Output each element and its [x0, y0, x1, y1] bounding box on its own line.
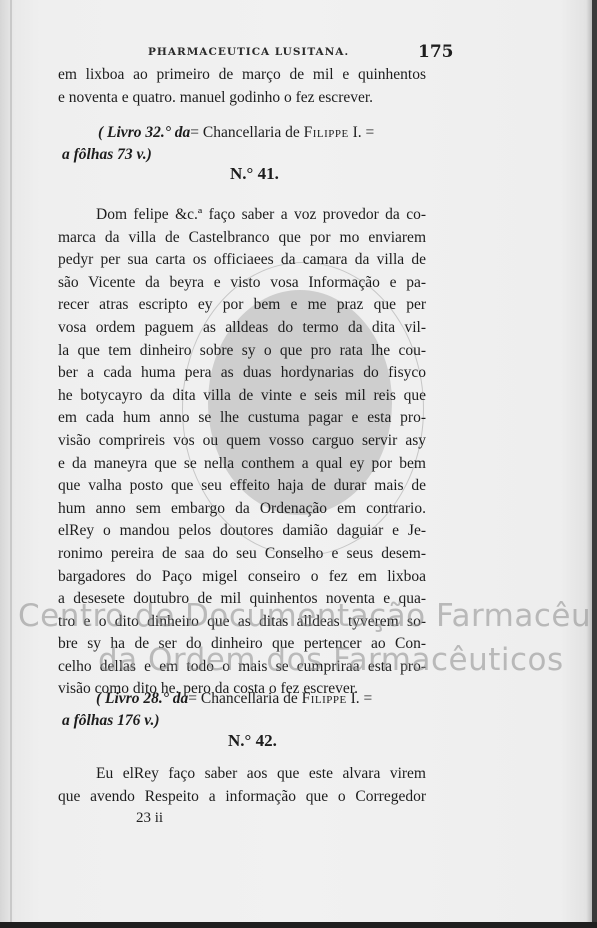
text-line: visão comprireis vos ou quem vosso cargu… [58, 430, 426, 453]
document-number-42: N.° 42. [228, 731, 277, 751]
running-title: PHARMACEUTICA LUSITANA. [148, 46, 438, 58]
text-line: ronimo pereira de saa do seu Conselho e … [58, 543, 426, 566]
text-line: são Vicente da beyra e visto vosa Inform… [58, 272, 426, 295]
text-line: e da maneyra que se nella conthem a qual… [58, 453, 426, 476]
text-line: bargadores do Paço migel conseiro o fez … [58, 566, 426, 589]
scan-edge-bottom [0, 922, 597, 928]
citation-1-line-2: a fôlhas 73 v.) [62, 146, 152, 164]
text-line: he botycayro da dita villa de vinte e se… [58, 385, 426, 408]
text-line: ber a cada huma pera as duas hordynarias… [58, 362, 426, 385]
binding-gutter [10, 0, 12, 922]
document-number-41: N.° 41. [230, 164, 279, 184]
text-line: em lixboa ao primeiro de março de mil e … [58, 64, 426, 87]
citation-book: ( Livro 32.° da [98, 124, 190, 141]
text-block-3: Eu elRey faço saber aos que este alvara … [58, 763, 426, 808]
text-line: pedyr per sua carta os officiaees da cam… [58, 249, 426, 272]
text-line: Eu elRey faço saber aos que este alvara … [58, 763, 426, 786]
watermark-line-2: da Ordem dos Farmacêuticos [98, 642, 564, 678]
text-block-1: em lixboa ao primeiro de março de mil e … [58, 64, 426, 109]
text-line: recer atras escripto ey por bem e me pra… [58, 294, 426, 317]
text-line: hum anno sem embargo da Ordenação em con… [58, 498, 426, 521]
scanned-page: PHARMACEUTICA LUSITANA. 175 em lixboa ao… [0, 0, 592, 922]
citation-book: ( Livro 28.° da [96, 690, 188, 707]
text-line: em cada hum anno se lhe custuma pagar e … [58, 407, 426, 430]
text-line: que avendo Respeito a informação que o C… [58, 786, 426, 809]
page-number: 175 [418, 42, 454, 62]
text-line: que valha posto que seu effeito haja de … [58, 475, 426, 498]
citation-2-line-1: ( Livro 28.° da= Chancellaria de Filippe… [96, 690, 372, 708]
text-line: Dom felipe &c.ª faço saber a voz provedo… [58, 204, 426, 227]
citation-2-line-2: a fôlhas 176 v.) [62, 712, 160, 730]
citation-1-line-1: ( Livro 32.° da= Chancellaria de Filippe… [98, 124, 374, 142]
text-line: vosa ordem paguem as alldeas do termo da… [58, 317, 426, 340]
text-line: la que tem dinheiro sobre sy o que pro r… [58, 340, 426, 363]
scan-edge-right [592, 0, 597, 928]
watermark-line-1: Centro de Documentação Farmacêutica [18, 598, 597, 634]
text-line: e noventa e quatro. manuel godinho o fez… [58, 87, 426, 110]
text-line: marca da villa de Castelbranco que por m… [58, 227, 426, 250]
text-line: elRey o mandou pelos doutores damião dag… [58, 520, 426, 543]
signature-mark: 23 ii [136, 810, 163, 827]
